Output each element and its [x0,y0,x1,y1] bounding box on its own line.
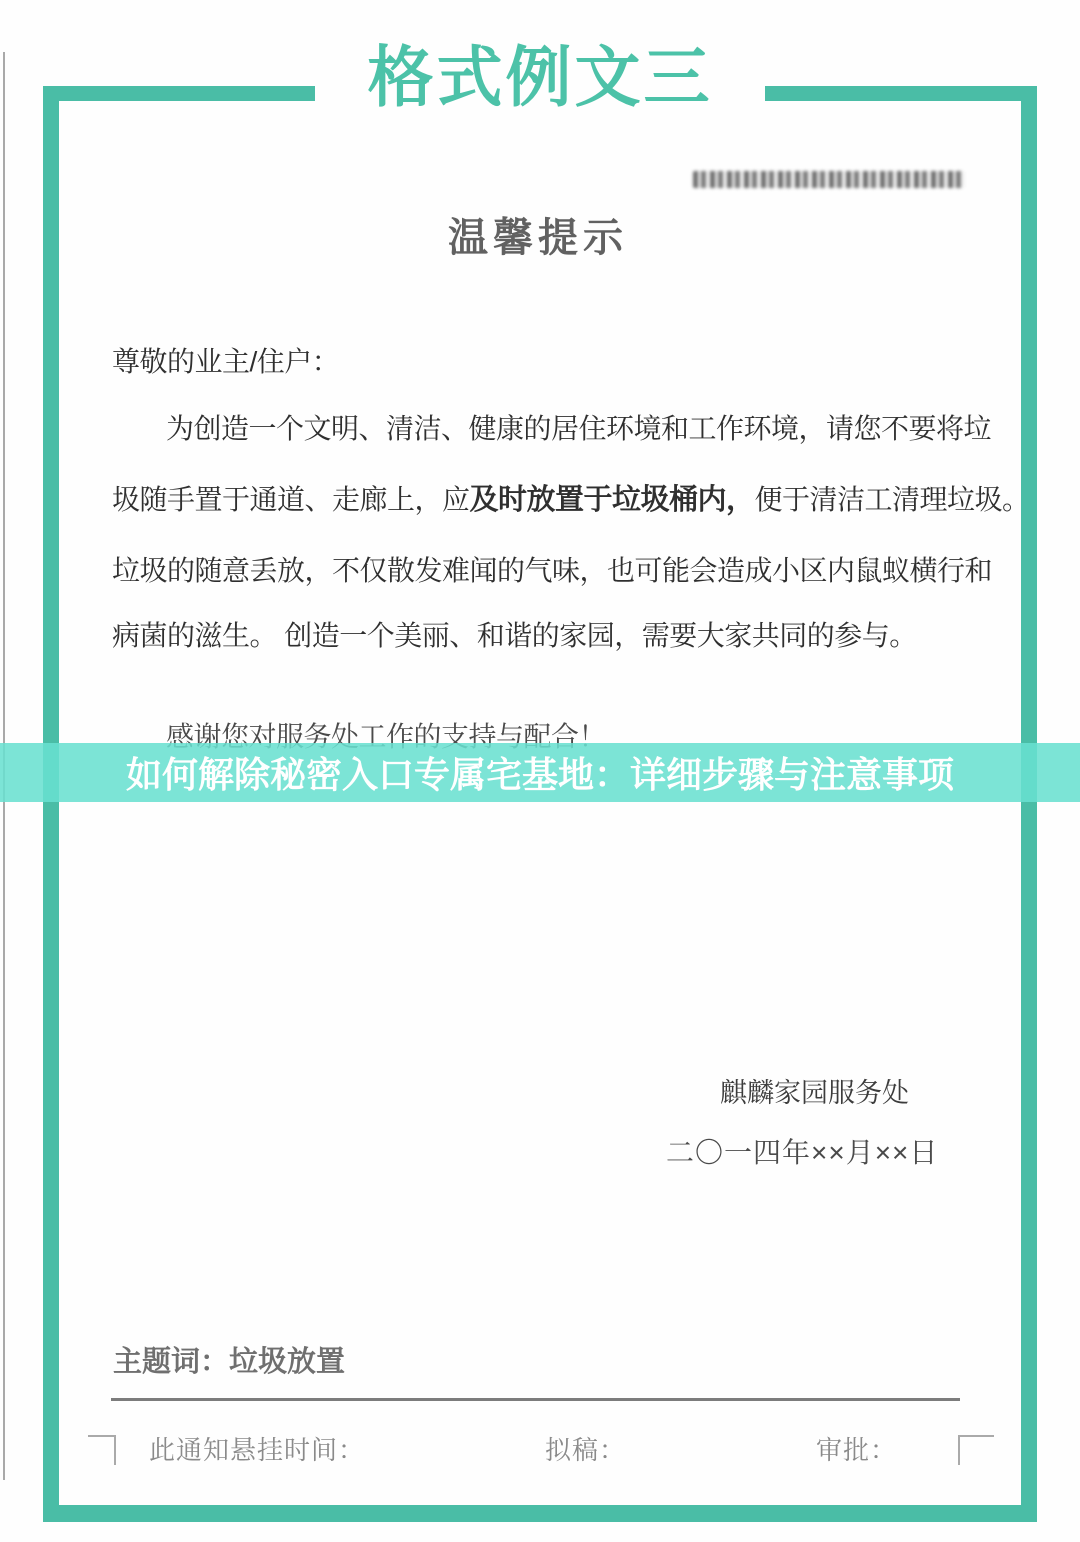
blurred-letterhead-text [693,171,965,188]
footer-approve-label: 审批： [816,1430,897,1467]
frame-border-bottom [43,1505,1037,1522]
body-line-4: 垃圾的随意丢放，不仅散发难闻的气味，也可能会造成小区内鼠蚁横行和 [112,555,992,587]
footer-draft-label: 拟稿： [545,1430,626,1467]
body-line-3-regular: 圾随手置于通道、走廊上，应 [112,484,470,515]
notice-heading: 温馨提示 [448,206,628,263]
crop-mark-right [958,1435,994,1465]
body-line-5: 病菌的滋生。 创造一个美丽、和谐的家园，需要大家共同的参与。 [112,620,917,652]
signature-line: 麒麟家园服务处 [720,1078,909,1109]
overlay-headline-banner[interactable]: 如何解除秘密入口专属宅基地：详细步骤与注意事项 [0,743,1080,802]
footer-hang-time-label: 此通知悬挂时间： [149,1430,365,1467]
frame-border-right [1021,86,1037,1522]
subject-keywords-line: 主题词：垃圾放置 [113,1346,345,1379]
body-line-3-tail: 便于清洁工清理垃圾。 [755,484,1030,515]
overlay-headline-text[interactable]: 如何解除秘密入口专属宅基地：详细步骤与注意事项 [126,747,954,798]
body-line-3: 圾随手置于通道、走廊上，应及时放置于垃圾桶内，便于清洁工清理垃圾。 [112,484,1030,517]
body-line-3-bold: 及时放置于垃圾桶内， [470,484,755,516]
date-line: 二〇一四年××月××日 [666,1137,938,1169]
page: 格式例文三 温馨提示 尊敬的业主/住户： 为创造一个文明、清洁、健康的居住环境和… [0,0,1080,1542]
footer-divider-line [111,1398,960,1401]
body-line-2: 为创造一个文明、清洁、健康的居住环境和工作环境，请您不要将垃 [166,413,991,445]
salutation-line: 尊敬的业主/住户： [112,346,339,378]
frame-border-left [43,86,59,1522]
page-title: 格式例文三 [0,24,1080,119]
crop-mark-left [88,1435,116,1465]
